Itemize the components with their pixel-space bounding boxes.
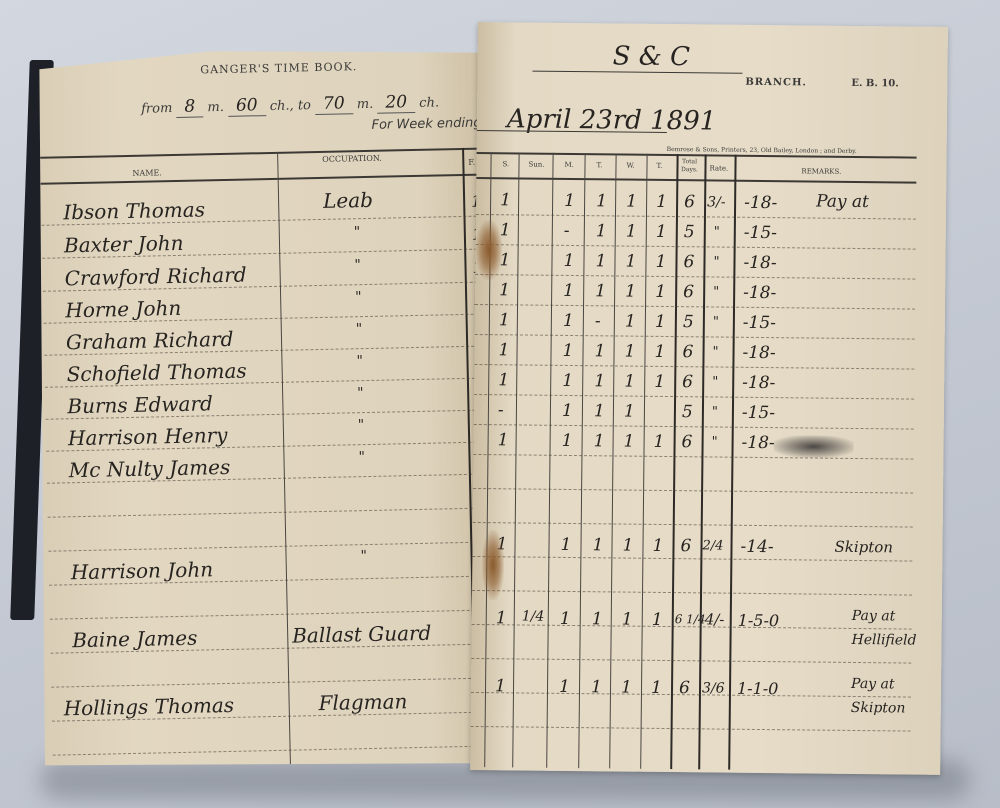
cell-sat: - (498, 400, 504, 420)
row-occupation: Leab (323, 188, 373, 213)
cell-wed: 1 (622, 536, 633, 556)
row-occupation: " (360, 548, 367, 564)
cell-rate: " (712, 404, 718, 419)
row-occupation: " (354, 257, 361, 273)
cell-amount: -15- (743, 313, 776, 333)
cell-tue: 1 (595, 281, 606, 301)
rust-stain (482, 530, 504, 600)
to-miles-label: m. (357, 97, 374, 112)
cell-total: 6 (682, 342, 693, 362)
cell-wed: 1 (624, 402, 635, 422)
cell-rate: 3/6 (702, 680, 725, 696)
cell-sat: 1 (498, 370, 509, 390)
cell-thu: 1 (655, 282, 666, 302)
form-code: E. B. 10. (851, 78, 899, 89)
cell-rate: " (713, 254, 719, 269)
cell-amount: -18- (743, 283, 776, 303)
column-header-name: NAME. (132, 168, 162, 178)
cell-tue: 1 (592, 535, 603, 555)
cell-mon: 1 (563, 251, 574, 271)
cell-tue: 1 (596, 191, 607, 211)
row-name: Harrison John (71, 557, 214, 584)
cell-wed: 1 (625, 312, 636, 332)
row-name: Hollings Thomas (63, 693, 234, 721)
cell-tue: - (595, 311, 601, 331)
cell-mon: 1 (564, 191, 575, 211)
cell-tue: 1 (591, 677, 602, 697)
cell-total: 6 (682, 372, 693, 392)
miles-label: m. (207, 100, 224, 115)
cell-remark: Pay at Skipton (851, 672, 911, 721)
cell-mon: 1 (563, 311, 574, 331)
branch-value: S & C (612, 41, 690, 72)
to-chains: 20 (377, 92, 415, 114)
name-occupation-divider (277, 152, 291, 772)
column-header-remarks: REMARKS. (801, 167, 841, 175)
ink-smudge (773, 435, 853, 458)
to-label: to (298, 98, 311, 113)
to-chains-label: ch. (419, 95, 439, 110)
header-bottom-rule (476, 177, 916, 184)
cell-tue: 1 (596, 221, 607, 241)
cell-wed: 1 (626, 192, 637, 212)
row-occupation: " (356, 321, 363, 337)
cell-thu: 1 (654, 432, 665, 452)
cell-wed: 1 (624, 342, 635, 362)
cell-remark: Skipton (834, 538, 893, 557)
row-occupation: Ballast Guard (292, 621, 432, 648)
cell-mon: 1 (562, 371, 573, 391)
row-name: Graham Richard (66, 327, 234, 355)
row-name: Burns Edward (67, 391, 213, 418)
row-occupation: Flagman (318, 689, 407, 715)
row-name: Baine James (72, 626, 198, 653)
cell-mon: 1 (562, 341, 573, 361)
row-occupation: " (358, 449, 365, 465)
cell-thu: 1 (654, 372, 665, 392)
cell-total: 6 (683, 252, 694, 272)
row-occupation: " (358, 417, 365, 433)
row-name: Horne John (65, 296, 181, 322)
cell-amount: -18- (744, 193, 777, 213)
cell-wed: 1 (626, 222, 637, 242)
cell-rate: 4/- (705, 610, 725, 628)
cell-mon: 1 (560, 609, 571, 629)
cell-total: 6 (679, 678, 690, 698)
cell-tue: 1 (594, 341, 605, 361)
cell-wed: 1 (622, 610, 633, 630)
cell-amount: -18- (742, 343, 775, 363)
cell-remark: Pay at Hellifield (851, 604, 911, 653)
cell-rate: 2/4 (702, 538, 723, 553)
rust-stain (476, 220, 502, 280)
cell-wed: 1 (625, 282, 636, 302)
header-top-rule (40, 148, 480, 159)
cell-total: 6 1/4 (675, 612, 706, 626)
cell-mon: 1 (563, 281, 574, 301)
book-title: GANGER'S TIME BOOK. (200, 60, 357, 76)
column-header-occupation: OCCUPATION. (322, 154, 382, 164)
cell-mon: - (564, 221, 570, 241)
column-header-wed: W. (626, 162, 634, 170)
cell-total: 6 (682, 432, 693, 452)
cell-remark: Pay at (816, 192, 869, 213)
header-bottom-rule (41, 174, 481, 185)
cell-tue: 1 (594, 371, 605, 391)
row-occupation: " (356, 353, 363, 369)
row-name: Harrison Henry (68, 423, 228, 450)
row-name: Baxter John (64, 231, 184, 257)
cell-total: 6 (683, 282, 694, 302)
column-header-mon: M. (564, 161, 573, 169)
cell-sat: 1 (500, 190, 511, 210)
cell-total: 6 (684, 192, 695, 212)
column-header-f: F. (468, 158, 475, 167)
cell-wed: 1 (624, 372, 635, 392)
row-name: Mc Nulty James (68, 455, 230, 482)
cell-mon: 1 (562, 431, 573, 451)
cell-amount: -15- (742, 403, 775, 423)
cell-rate: " (714, 224, 720, 239)
cell-thu: 1 (652, 610, 663, 630)
cell-total: 5 (684, 222, 695, 242)
cell-wed: 1 (621, 678, 632, 698)
cell-sat: 1 (499, 310, 510, 330)
week-ending-label: For Week ending (371, 116, 481, 133)
cell-amount: -18- (742, 433, 775, 453)
mileage-range: from 8 m. 60 ch., to 70 m. 20 ch. (141, 91, 439, 117)
from-miles: 8 (176, 96, 203, 118)
cell-mon: 1 (560, 535, 571, 555)
cell-thu: 1 (655, 312, 666, 332)
cell-tue: 1 (594, 401, 605, 421)
from-chains: 60 (228, 95, 266, 117)
row-occupation: " (357, 385, 364, 401)
cell-rate: " (712, 434, 718, 449)
cell-amount: -15- (744, 223, 777, 243)
cell-rate: " (712, 374, 718, 389)
left-page: GANGER'S TIME BOOK. from 8 m. 60 ch., to… (30, 45, 500, 779)
chains-label: ch., (270, 98, 294, 113)
cell-tue: 1 (592, 609, 603, 629)
row-occupation: " (355, 289, 362, 305)
cell-wed: 1 (624, 432, 635, 452)
cell-mon: 1 (559, 677, 570, 697)
row-name: Crawford Richard (64, 263, 246, 291)
cell-total: 5 (683, 312, 694, 332)
cell-total: 6 (680, 536, 691, 556)
cell-rate: " (713, 284, 719, 299)
cell-mon: 1 (562, 401, 573, 421)
cell-amount: -18- (743, 253, 776, 273)
cell-amount: -18- (742, 373, 775, 393)
cell-total: 5 (682, 402, 693, 422)
to-miles: 70 (315, 93, 353, 115)
cell-rate: " (713, 314, 719, 329)
branch-label: BRANCH. (745, 77, 807, 89)
cell-sat: 1 (496, 608, 507, 628)
cell-thu: 1 (651, 678, 662, 698)
cell-sat: 1 (498, 430, 509, 450)
cell-sat: 1 (498, 340, 509, 360)
cell-sat: 1 (499, 280, 510, 300)
cell-amount: 1-1-0 (737, 679, 779, 698)
row-occupation: " (354, 224, 361, 240)
column-header-sun: Sun. (528, 161, 544, 169)
cell-amount: 1-5-0 (738, 611, 780, 630)
column-header-tue: T. (596, 161, 602, 169)
cell-amount: -14- (740, 537, 773, 557)
from-label: from (141, 101, 172, 117)
column-header-s: S. (502, 160, 509, 168)
cell-tue: 1 (595, 251, 606, 271)
cell-rate: 3/- (707, 194, 726, 210)
cell-thu: 1 (656, 192, 667, 212)
cell-wed: 1 (625, 252, 636, 272)
cell-sat: 1 (495, 676, 506, 696)
cell-thu: 1 (652, 536, 663, 556)
cell-rate: " (712, 344, 718, 359)
cell-sun: 1/4 (522, 608, 545, 624)
cell-thu: 1 (656, 222, 667, 242)
column-header-rate: Rate. (709, 164, 728, 172)
row-name: Schofield Thomas (66, 359, 246, 387)
column-header-thu: T. (656, 162, 662, 170)
column-header-total-days: Total Days. (678, 158, 700, 174)
cell-tue: 1 (594, 431, 605, 451)
row-name: Ibson Thomas (63, 197, 205, 224)
cell-thu: 1 (655, 252, 666, 272)
cell-thu: 1 (654, 342, 665, 362)
right-page: S & C BRANCH. E. B. 10. April 23rd 1891 … (470, 22, 948, 775)
